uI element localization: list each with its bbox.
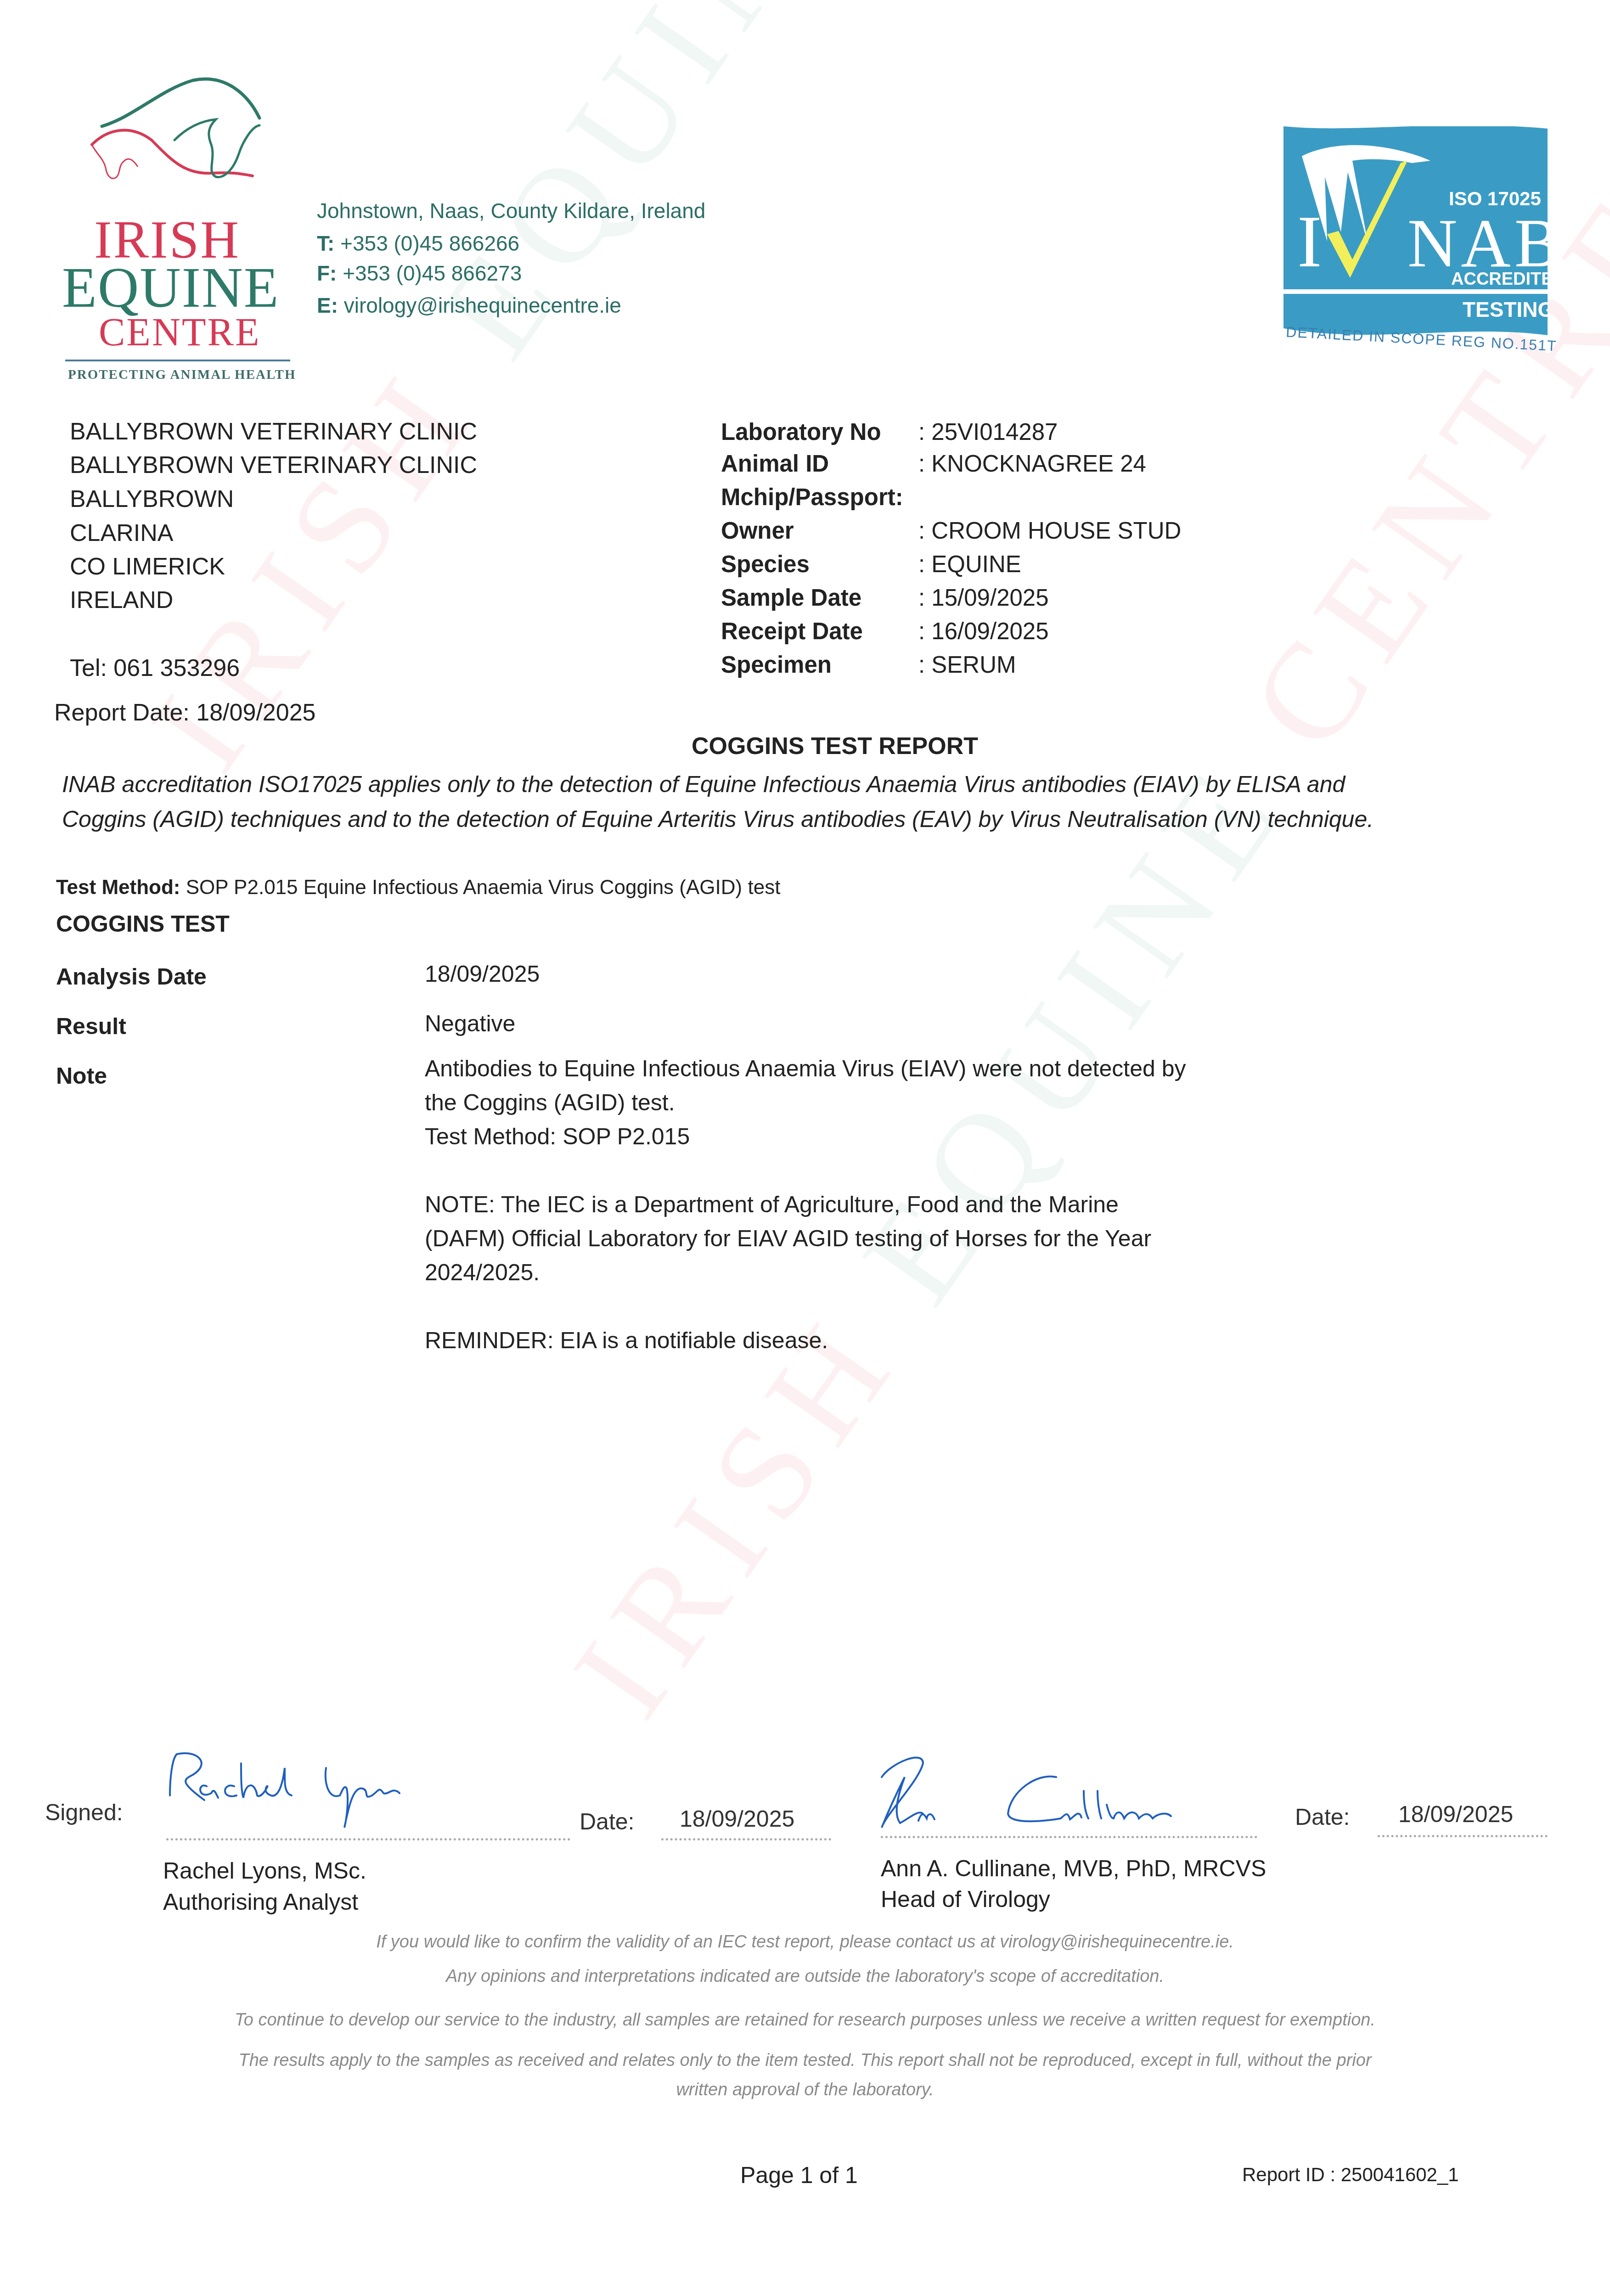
info-label: Owner xyxy=(721,517,794,544)
org-email: E: virology@irishequinecentre.ie xyxy=(317,293,621,318)
info-value: : 15/09/2025 xyxy=(918,584,1049,611)
page-number: Page 1 of 1 xyxy=(740,2162,858,2189)
fax-label: F: xyxy=(317,261,337,285)
date-line xyxy=(1378,1835,1548,1837)
svg-text:I: I xyxy=(1297,201,1322,282)
info-label: Sample Date xyxy=(721,584,861,611)
svg-text:ISO 17025: ISO 17025 xyxy=(1449,188,1541,209)
org-address: Johnstown, Naas, County Kildare, Ireland xyxy=(317,198,705,223)
client-tel: Tel: 061 353296 xyxy=(70,654,240,682)
signatory-title: Authorising Analyst xyxy=(163,1889,358,1915)
analysis-date-value: 18/09/2025 xyxy=(425,961,540,987)
report-id: Report ID : 250041602_1 xyxy=(1242,2164,1459,2186)
dafm-note-line: NOTE: The IEC is a Department of Agricul… xyxy=(425,1187,1297,1221)
phone-value: +353 (0)45 866266 xyxy=(340,231,519,255)
logo-divider xyxy=(65,360,290,361)
test-method: Test Method: SOP P2.015 Equine Infectiou… xyxy=(56,876,780,899)
report-date: Report Date: 18/09/2025 xyxy=(54,699,316,726)
info-label: Mchip/Passport: xyxy=(721,484,903,511)
analysis-date-label: Analysis Date xyxy=(56,963,207,990)
dafm-note-line: (DAFM) Official Laboratory for EIAV AGID… xyxy=(425,1221,1297,1255)
note-line: Test Method: SOP P2.015 xyxy=(425,1120,1297,1154)
signature-date: 18/09/2025 xyxy=(1398,1801,1513,1828)
result-label: Result xyxy=(56,1013,126,1040)
footer-reproduction-note-cont: written approval of the laboratory. xyxy=(0,2080,1610,2100)
logo-text-equine: EQUINE xyxy=(62,259,279,316)
test-method-label: Test Method: xyxy=(56,876,180,899)
logo-tagline: PROTECTING ANIMAL HEALTH xyxy=(68,367,296,383)
signature-line xyxy=(881,1836,1257,1838)
info-label: Animal ID xyxy=(721,450,829,477)
footer-validity-note: If you would like to confirm the validit… xyxy=(0,1932,1610,1952)
phone-label: T: xyxy=(317,231,334,255)
info-value: : CROOM HOUSE STUD xyxy=(918,517,1181,544)
svg-text:TESTING: TESTING xyxy=(1463,298,1548,321)
client-address-line: CO LIMERICK xyxy=(70,553,225,580)
logo-text-centre: CENTRE xyxy=(99,312,260,352)
fax-value: +353 (0)45 866273 xyxy=(343,261,522,285)
accreditation-scope: INAB accreditation ISO17025 applies only… xyxy=(62,767,1430,837)
horse-logo-icon xyxy=(78,76,280,186)
test-method-value: SOP P2.015 Equine Infectious Anaemia Vir… xyxy=(186,876,781,899)
dafm-note-line: 2024/2025. xyxy=(425,1255,1297,1289)
client-address-line: CLARINA xyxy=(70,519,173,547)
client-address-line: BALLYBROWN VETERINARY CLINIC xyxy=(70,418,477,445)
client-address-line: BALLYBROWN VETERINARY CLINIC xyxy=(70,451,477,479)
signatory-name: Rachel Lyons, MSc. xyxy=(163,1857,366,1884)
date-line xyxy=(661,1838,831,1840)
reminder: REMINDER: EIA is a notifiable disease. xyxy=(425,1323,1297,1357)
inab-accreditation-badge: I NAB ISO 17025 ACCREDITED TESTING DETAI… xyxy=(1283,126,1548,342)
info-label: Specimen xyxy=(721,651,832,678)
email-link[interactable]: virology@irishequinecentre.ie xyxy=(344,293,621,317)
note-line: Antibodies to Equine Infectious Anaemia … xyxy=(425,1052,1297,1086)
info-label: Receipt Date xyxy=(721,618,863,645)
signed-label: Signed: xyxy=(45,1799,123,1826)
info-value: : 16/09/2025 xyxy=(918,618,1049,645)
section-title: COGGINS TEST xyxy=(56,911,230,937)
client-address-line: IRELAND xyxy=(70,586,173,614)
org-phone: T: +353 (0)45 866266 xyxy=(317,231,519,256)
date-label: Date: xyxy=(580,1808,635,1835)
report-title: COGGINS TEST REPORT xyxy=(0,732,1610,760)
note-content: Antibodies to Equine Infectious Anaemia … xyxy=(425,1052,1297,1357)
client-address-line: BALLYBROWN xyxy=(70,485,234,513)
footer-opinions-note: Any opinions and interpretations indicat… xyxy=(0,1967,1610,1986)
signature-line xyxy=(166,1838,570,1840)
org-fax: F: +353 (0)45 866273 xyxy=(317,261,522,286)
info-value: : 25VI014287 xyxy=(918,418,1058,445)
signature-rachel-lyons xyxy=(161,1750,482,1837)
signatory-title: Head of Virology xyxy=(881,1886,1050,1913)
info-label: Species xyxy=(721,551,810,578)
result-value: Negative xyxy=(425,1010,515,1037)
note-label: Note xyxy=(56,1063,107,1089)
footer-samples-note: To continue to develop our service to th… xyxy=(0,2010,1610,2030)
info-value: : SERUM xyxy=(918,651,1016,678)
info-value: : KNOCKNAGREE 24 xyxy=(918,450,1146,477)
svg-text:ACCREDITED: ACCREDITED xyxy=(1451,270,1548,289)
watermark: IRISH EQUINE CENTRE xyxy=(542,158,1610,1744)
signature-ann-cullinane xyxy=(873,1745,1222,1837)
note-line: the Coggins (AGID) test. xyxy=(425,1086,1297,1120)
email-label: E: xyxy=(317,293,338,317)
date-label: Date: xyxy=(1295,1804,1350,1830)
info-value: : EQUINE xyxy=(918,551,1021,578)
info-label: Laboratory No xyxy=(721,418,881,445)
footer-reproduction-note: The results apply to the samples as rece… xyxy=(0,2051,1610,2071)
inab-logo-icon: I NAB ISO 17025 ACCREDITED TESTING xyxy=(1283,126,1548,342)
watermark: IRISH EQUINE CENTRE xyxy=(119,0,1296,798)
signatory-name: Ann A. Cullinane, MVB, PhD, MRCVS xyxy=(881,1855,1266,1882)
signature-date: 18/09/2025 xyxy=(680,1806,794,1832)
